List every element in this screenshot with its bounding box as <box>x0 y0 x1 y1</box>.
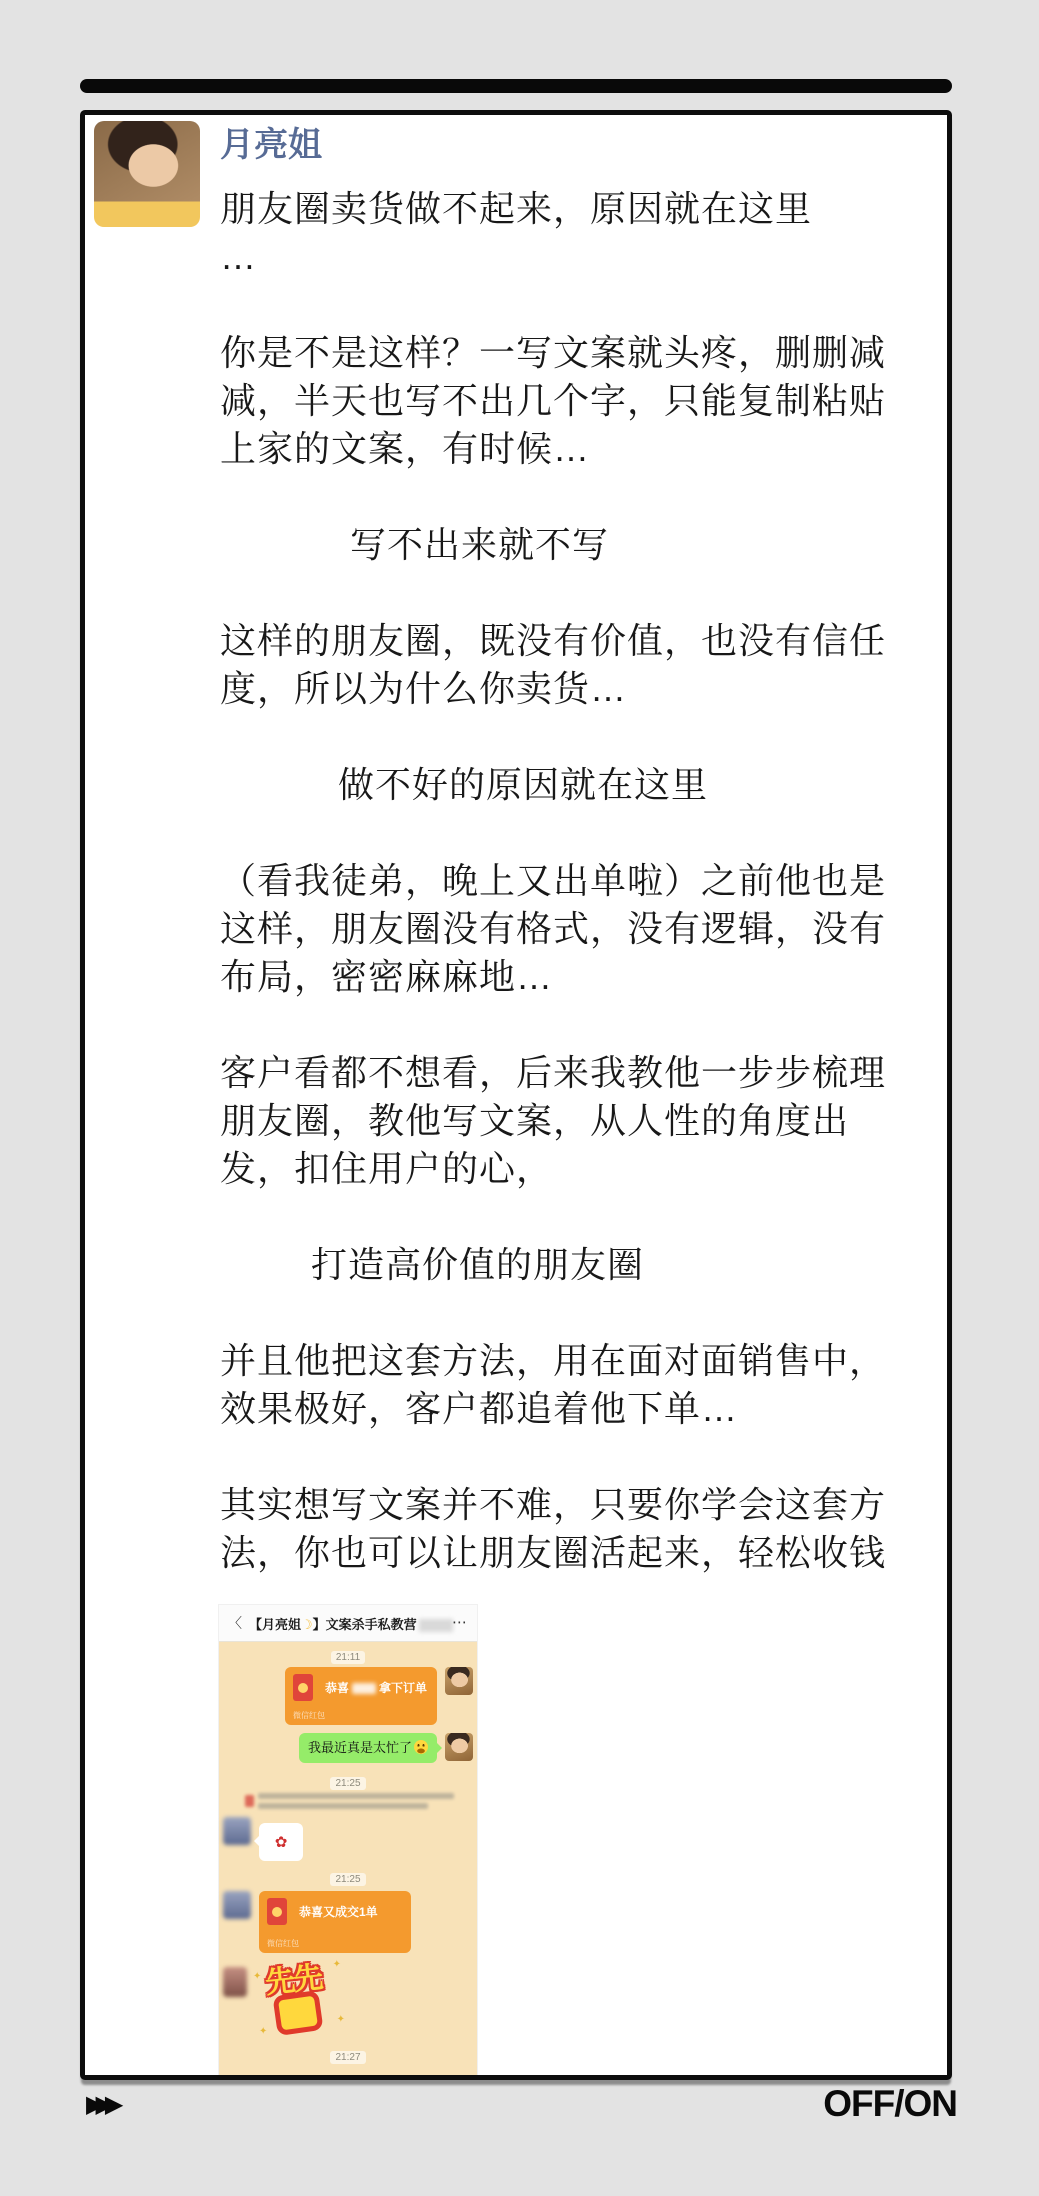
red-packet-label: 微信红包 <box>267 1938 403 1949</box>
chat-title-left: 【月亮姐 <box>249 1617 301 1632</box>
timestamp: 21:11 <box>219 1647 477 1665</box>
chat-title-right: 】文案杀手私教营 <box>313 1617 417 1632</box>
moon-icon: ☽ <box>301 1617 313 1632</box>
post-line: 做不好的原因就在这里 <box>220 761 912 809</box>
post-line: 其实想写文案并不难，只要你学会这套方法，你也可以让朋友圈活起来，轻松收钱 <box>220 1481 912 1577</box>
timestamp: 21:27 <box>219 2047 477 2065</box>
post-line: 打造高价值的朋友圈 <box>220 1241 912 1289</box>
redacted-patch <box>419 1619 453 1632</box>
avatar-blurred <box>223 1891 251 1919</box>
post-body: 朋友圈卖货做不起来，原因就在这里 … 你是不是这样？一写文案就头疼，删删减减，半… <box>220 185 912 1577</box>
red-envelope-icon <box>293 1674 313 1701</box>
red-packet-card: 恭喜拿下订单 微信红包 <box>285 1667 437 1725</box>
avatar <box>445 1733 473 1761</box>
avatar[interactable] <box>94 121 200 227</box>
red-packet-title: 恭喜拿下订单 <box>325 1679 427 1696</box>
chat-bubble: 我最近真是太忙了 <box>299 1733 437 1763</box>
post-line: 这样的朋友圈，既没有价值，也没有信任度，所以为什么你卖货… <box>220 617 912 713</box>
post-line: 你是不是这样？一写文案就头疼，删删减减，半天也写不出几个字，只能复制粘贴上家的文… <box>220 329 912 473</box>
bubble-text: 我最近真是太忙了 <box>308 1740 412 1755</box>
rp-suffix: 拿下订单 <box>379 1681 427 1695</box>
post-line: 客户看都不想看，后来我教他一步步梳理朋友圈，教他写文案，从人性的角度出发，扣住用… <box>220 1049 912 1193</box>
post-line: 写不出来就不写 <box>220 521 912 569</box>
red-packet-label: 微信红包 <box>293 1710 429 1721</box>
back-icon: 〈 <box>228 1613 242 1633</box>
timestamp: 21:25 <box>219 1869 477 1887</box>
chat-body: 21:11 恭喜拿下订单 微信红包 我最近真是太忙了 21:25 <box>219 1641 477 2075</box>
red-packet-card: 恭喜又成交1单 微信红包 <box>259 1891 411 1953</box>
chat-title: 【月亮姐☽】文案杀手私教营 <box>249 1614 453 1633</box>
author-name[interactable]: 月亮姐 <box>220 125 322 165</box>
chat-bubble: ✿ <box>259 1823 303 1861</box>
redacted-patch <box>352 1683 376 1694</box>
page: 月亮姐 朋友圈卖货做不起来，原因就在这里 … 你是不是这样？一写文案就头疼，删删… <box>0 0 1039 2196</box>
celebration-sticker: ✦ ✦ ✦ ✦ 先先 <box>251 1953 347 2039</box>
avatar-blurred <box>223 1817 251 1845</box>
off-on-toggle[interactable]: OFF/ON <box>823 2083 957 2125</box>
frame-top-bar <box>80 79 952 93</box>
red-packet-title: 恭喜又成交1单 <box>299 1903 378 1920</box>
rose-emoji: ✿ <box>275 1835 288 1850</box>
timestamp: 21:25 <box>219 1773 477 1791</box>
avatar-blurred <box>223 1967 247 1997</box>
fast-forward-icon[interactable]: ▶▶▶ <box>86 2090 156 2119</box>
more-menu-icon: ⋯ <box>452 1613 468 1631</box>
post-line: … <box>220 233 912 281</box>
avatar <box>445 1667 473 1695</box>
post-line: （看我徒弟，晚上又出单啦）之前他也是这样，朋友圈没有格式，没有逻辑，没有布局，密… <box>220 857 912 1001</box>
blurred-system-message <box>245 1793 454 1809</box>
post-card: 月亮姐 朋友圈卖货做不起来，原因就在这里 … 你是不是这样？一写文案就头疼，删删… <box>80 110 952 2080</box>
post-line: 朋友圈卖货做不起来，原因就在这里 <box>220 185 912 233</box>
red-dot-icon <box>245 1795 254 1807</box>
sticker-shape <box>272 1990 323 2036</box>
rp-prefix: 恭喜 <box>325 1681 349 1695</box>
sweat-smile-emoji <box>414 1740 428 1754</box>
chat-screenshot[interactable]: 〈 【月亮姐☽】文案杀手私教营 ⋯ 21:11 恭喜拿下订单 微信红包 我最近真… <box>219 1605 477 2075</box>
red-envelope-icon <box>267 1898 287 1925</box>
post-line: 并且他把这套方法，用在面对面销售中，效果极好，客户都追着他下单… <box>220 1337 912 1433</box>
chat-header: 〈 【月亮姐☽】文案杀手私教营 ⋯ <box>219 1605 477 1642</box>
